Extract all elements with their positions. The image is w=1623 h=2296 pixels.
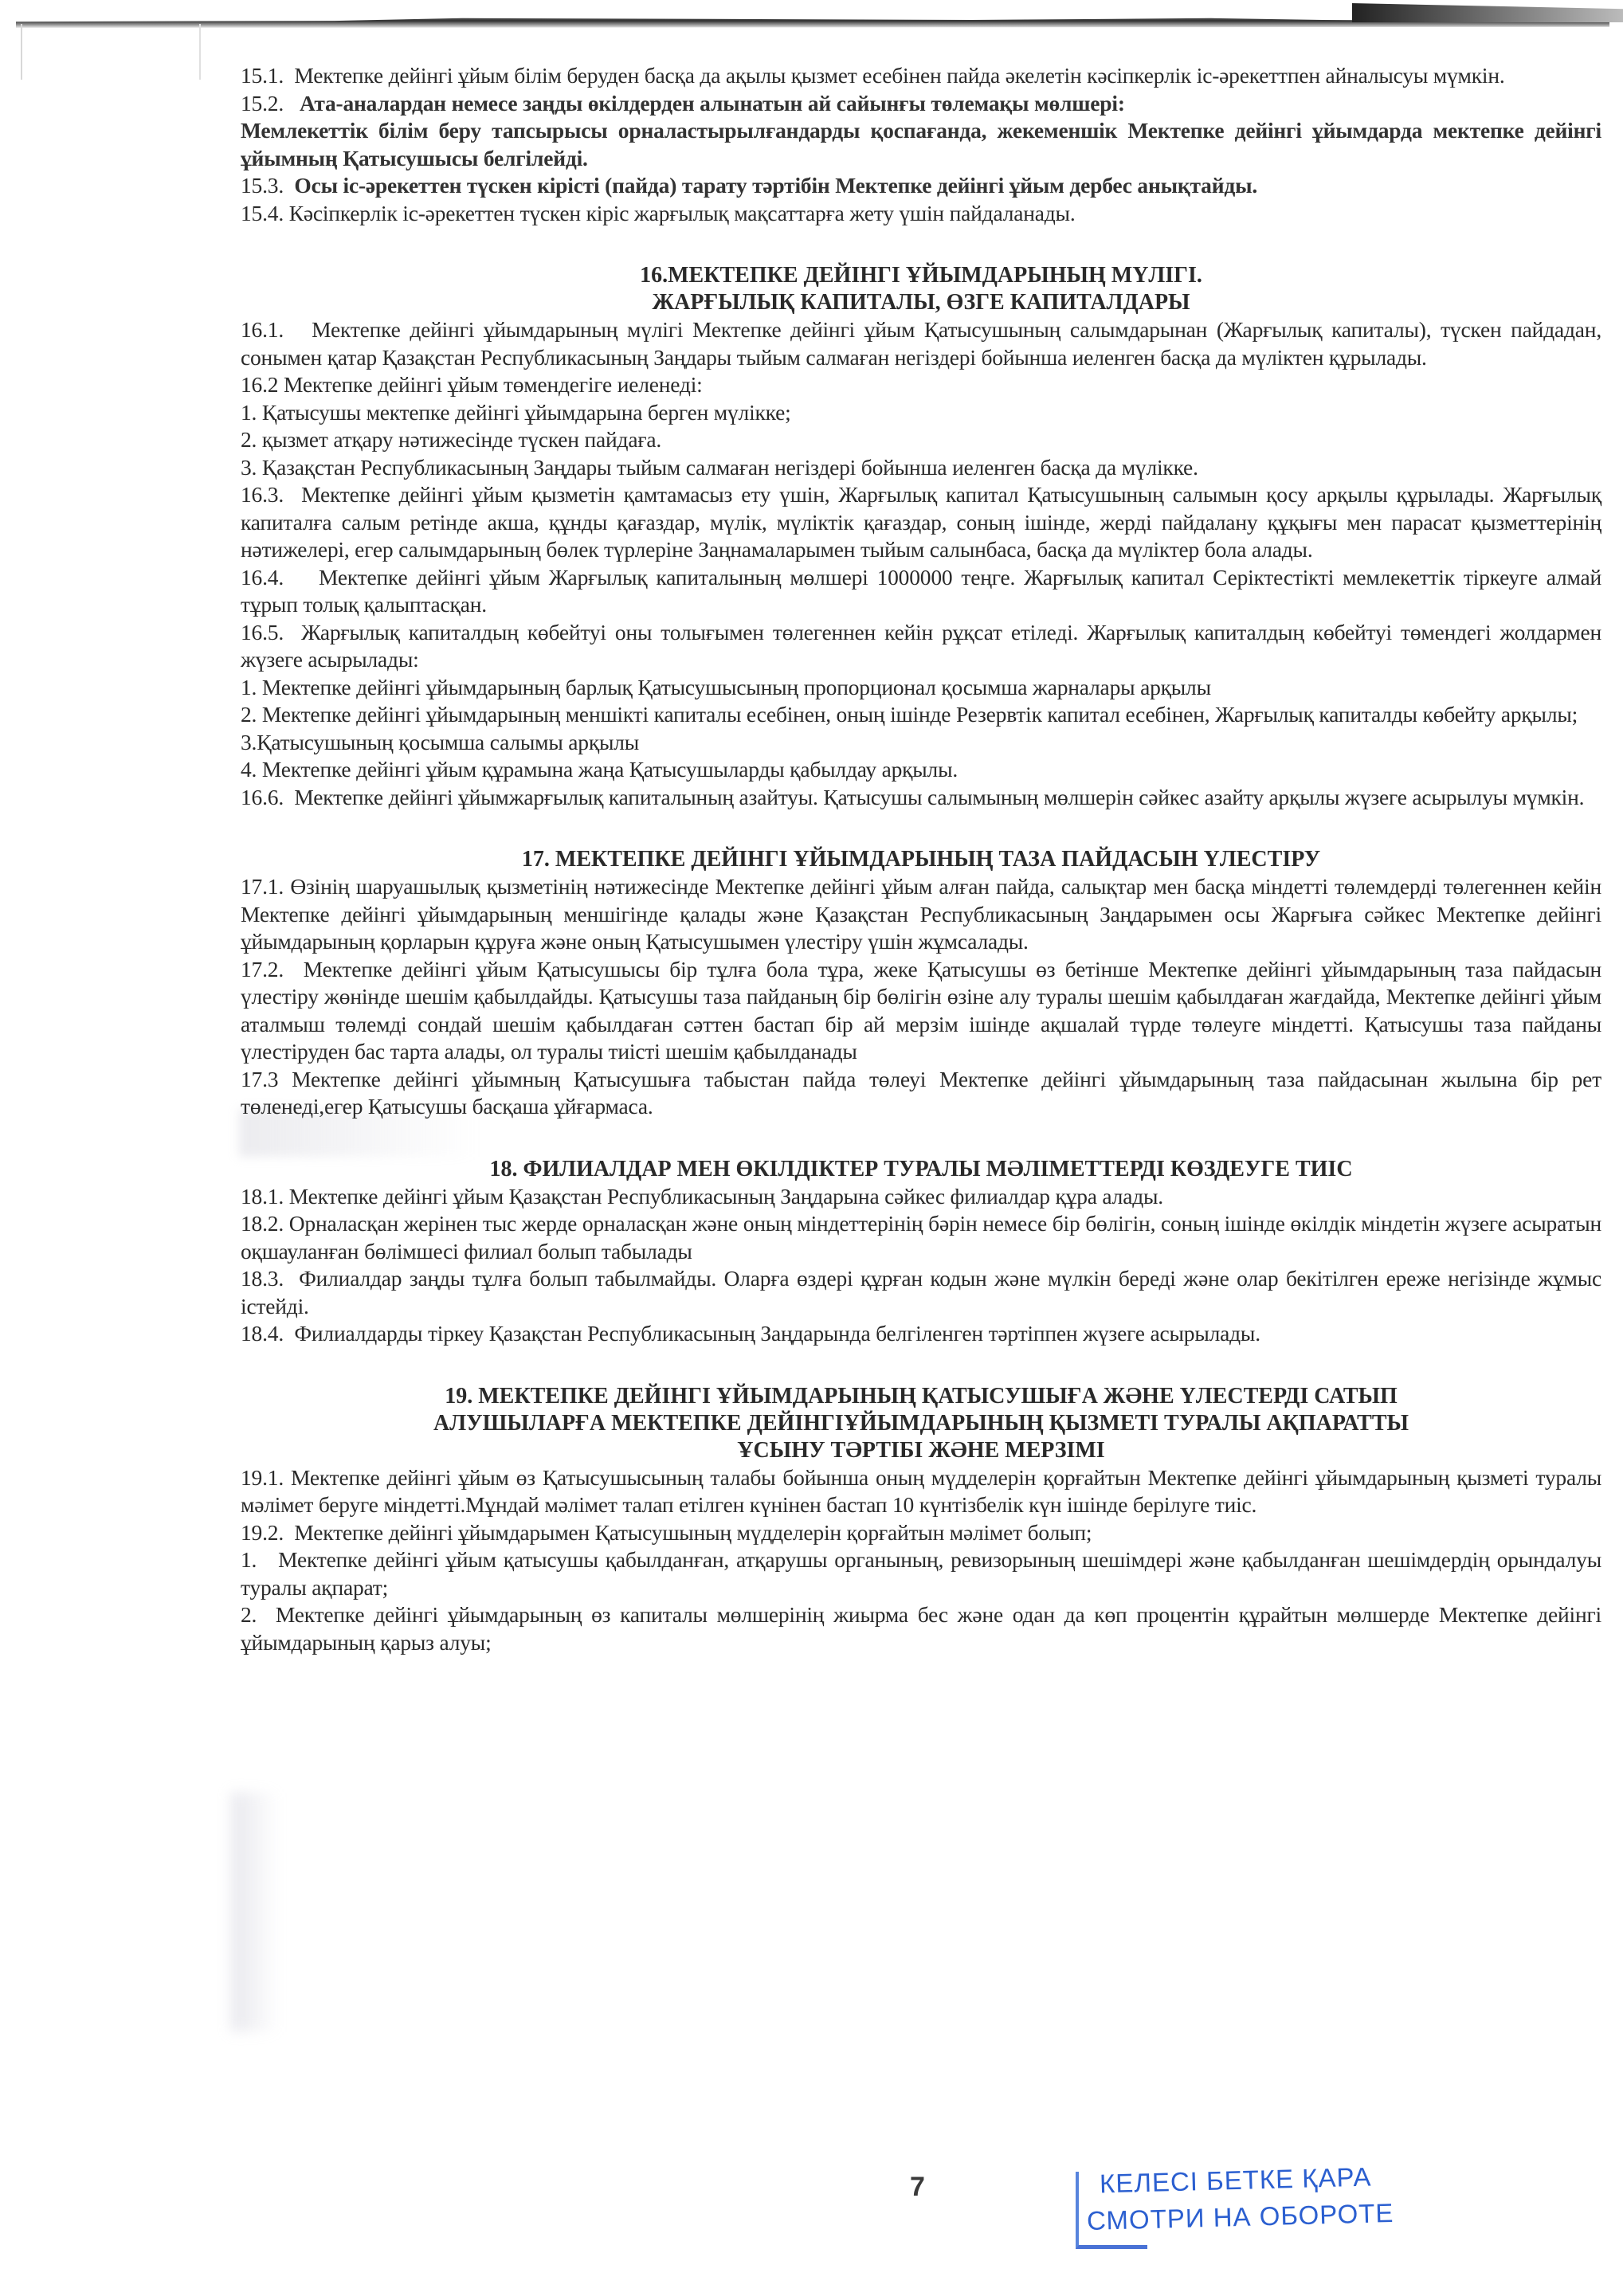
clause-number: 16.2	[241, 372, 278, 397]
clause-number: 16.1.	[241, 317, 284, 342]
clause-17-3: 17.3 Мектепке дейінгі ұйымның Қатысушыға…	[241, 1066, 1601, 1121]
scan-line-artifact	[21, 24, 22, 80]
clause-text: Мектепке дейінгі ұйым Қазақстан Республи…	[289, 1184, 1163, 1209]
section-heading: 19. МЕКТЕПКЕ ДЕЙІНГІ ҰЙЫМДАРЫНЫҢ ҚАТЫСУШ…	[241, 1383, 1601, 1410]
clause-text: Мектепке дейінгі ұйым өз Қатысушысының т…	[241, 1465, 1601, 1518]
list-item: 4. Мектепке дейінгі ұйым құрамына жаңа Қ…	[241, 756, 1601, 784]
clause-text: Ата-аналардан немесе заңды өкілдерден ал…	[300, 91, 1125, 116]
clause-number: 17.3	[241, 1067, 278, 1091]
clause-number: 15.1.	[241, 63, 284, 88]
clause-text: Кәсіпкерлік іс-әрекеттен түскен кіріс жа…	[289, 201, 1076, 225]
section-heading: 18. ФИЛИАЛДАР МЕН ӨКІЛДІКТЕР ТУРАЛЫ МӘЛІ…	[241, 1156, 1601, 1183]
clause-text: Мектепке дейінгі ұйым Қатысушысы бір тұл…	[241, 957, 1601, 1064]
section-heading: 17. МЕКТЕПКЕ ДЕЙІНГІ ҰЙЫМДАРЫНЫҢ ТАЗА ПА…	[241, 846, 1601, 873]
clause-text: Филиалдарды тіркеу Қазақстан Республикас…	[294, 1321, 1260, 1346]
clause-19-1: 19.1. Мектепке дейінгі ұйым өз Қатысушыс…	[241, 1464, 1601, 1519]
clause-15-4: 15.4. Кәсіпкерлік іс-әрекеттен түскен кі…	[241, 200, 1601, 228]
list-number: 2.	[241, 1602, 257, 1627]
list-number: 3.	[241, 455, 257, 480]
clause-text: Өзінің шаруашылық қызметінің нәтижесінде…	[241, 874, 1601, 954]
clause-number: 19.2.	[241, 1520, 284, 1545]
clause-number: 15.2.	[241, 91, 284, 116]
clause-16-3: 16.3. Мектепке дейінгі ұйым қызметін қам…	[241, 481, 1601, 564]
page-number: 7	[910, 2172, 925, 2203]
clause-text: Орналасқан жерінен тыс жерде орналасқан …	[241, 1211, 1601, 1264]
clause-text: Мектепке дейінгі ұйым төмендегіге иелене…	[284, 372, 703, 397]
section-heading: 16.МЕКТЕПКЕ ДЕЙІНГІ ҰЙЫМДАРЫНЫҢ МҮЛІГІ.	[241, 262, 1601, 289]
clause-16-4: 16.4. Мектепке дейінгі ұйым Жарғылық кап…	[241, 564, 1601, 619]
list-number: 1.	[241, 1547, 257, 1572]
clause-text: Мемлекеттік білім беру тапсырысы орналас…	[241, 118, 1601, 170]
clause-text: Осы іс-әрекеттен түскен кірісті (пайда) …	[294, 173, 1257, 198]
clause-text: Мектепке дейінгі ұйымдарының мүлігі Мект…	[241, 317, 1601, 370]
list-text: Мектепке дейінгі ұйымдарының меншікті ка…	[262, 702, 1578, 727]
list-text: Мектепке дейінгі ұйым қатысушы қабылданғ…	[241, 1547, 1601, 1600]
list-number: 1.	[241, 400, 257, 425]
section-heading: ЖАРҒЫЛЫҚ КАПИТАЛЫ, ӨЗГЕ КАПИТАЛДАРЫ	[241, 289, 1601, 316]
clause-18-2: 18.2. Орналасқан жерінен тыс жерде орнал…	[241, 1210, 1601, 1265]
clause-text: Филиалдар заңды тұлға болып табылмайды. …	[241, 1266, 1601, 1318]
clause-number: 17.2.	[241, 957, 284, 981]
list-item: 1. Қатысушы мектепке дейінгі ұйымдарына …	[241, 399, 1601, 427]
clause-number: 16.4.	[241, 565, 284, 590]
clause-text: Жарғылық капиталдың көбейтуі оны толығым…	[241, 620, 1601, 672]
clause-18-4: 18.4. Филиалдарды тіркеу Қазақстан Респу…	[241, 1320, 1601, 1348]
clause-text: Мектепке дейінгі ұйымжарғылық капиталыны…	[294, 785, 1584, 809]
list-item: 2. Мектепке дейінгі ұйымдарының меншікті…	[241, 701, 1601, 729]
section-19: 19. МЕКТЕПКЕ ДЕЙІНГІ ҰЙЫМДАРЫНЫҢ ҚАТЫСУШ…	[241, 1383, 1601, 1657]
clause-15-1: 15.1. Мектепке дейінгі ұйым білім беруде…	[241, 62, 1601, 90]
list-number: 4.	[241, 757, 257, 782]
clause-16-5: 16.5. Жарғылық капиталдың көбейтуі оны т…	[241, 619, 1601, 674]
list-item: 3. Қазақстан Республикасының Заңдары тый…	[241, 454, 1601, 482]
list-item: 2. Мектепке дейінгі ұйымдарының өз капит…	[241, 1601, 1601, 1656]
list-number: 2.	[241, 427, 257, 452]
list-text: Мектепке дейінгі ұйым құрамына жаңа Қаты…	[262, 757, 958, 782]
clause-16-6: 16.6. Мектепке дейінгі ұйымжарғылық капи…	[241, 784, 1601, 812]
section-18: 18. ФИЛИАЛДАР МЕН ӨКІЛДІКТЕР ТУРАЛЫ МӘЛІ…	[241, 1156, 1601, 1348]
clause-17-1: 17.1. Өзінің шаруашылық қызметінің нәтиж…	[241, 873, 1601, 956]
clause-number: 17.1.	[241, 874, 284, 899]
section-16: 16.МЕКТЕПКЕ ДЕЙІНГІ ҰЙЫМДАРЫНЫҢ МҮЛІГІ. …	[241, 262, 1601, 811]
list-text: Қазақстан Республикасының Заңдары тыйым …	[262, 455, 1198, 480]
continue-overleaf-stamp: КЕЛЕСІ БЕТКЕ ҚАРА СМОТРИ НА ОБОРОТЕ	[1076, 2165, 1410, 2251]
clause-number: 15.4.	[241, 201, 284, 225]
clause-number: 16.3.	[241, 482, 284, 507]
section-15: 15.1. Мектепке дейінгі ұйым білім беруде…	[241, 62, 1601, 227]
clause-18-1: 18.1. Мектепке дейінгі ұйым Қазақстан Ре…	[241, 1183, 1601, 1211]
clause-number: 18.3.	[241, 1266, 284, 1291]
clause-number: 15.3.	[241, 173, 284, 198]
list-number: 1.	[241, 675, 257, 699]
list-number: 3.	[241, 730, 257, 754]
clause-number: 18.1.	[241, 1184, 284, 1209]
stamp-text-kazakh: КЕЛЕСІ БЕТКЕ ҚАРА	[1100, 2162, 1372, 2200]
clause-18-3: 18.3. Филиалдар заңды тұлға болып табылм…	[241, 1265, 1601, 1320]
clause-16-2: 16.2 Мектепке дейінгі ұйым төмендегіге и…	[241, 371, 1601, 399]
list-item: 1. Мектепке дейінгі ұйым қатысушы қабылд…	[241, 1546, 1601, 1601]
section-17: 17. МЕКТЕПКЕ ДЕЙІНГІ ҰЙЫМДАРЫНЫҢ ТАЗА ПА…	[241, 846, 1601, 1121]
list-text: қызмет атқару нәтижесінде түскен пайдаға…	[262, 427, 661, 452]
clause-19-2: 19.2. Мектепке дейінгі ұйымдарымен Қатыс…	[241, 1519, 1601, 1547]
clause-text: Мектепке дейінгі ұйым білім беруден басқ…	[294, 63, 1504, 88]
clause-text: Мектепке дейінгі ұйымдарымен Қатысушының…	[294, 1520, 1092, 1545]
document-page: 15.1. Мектепке дейінгі ұйым білім беруде…	[241, 62, 1601, 1656]
clause-15-3: 15.3. Осы іс-әрекеттен түскен кірісті (п…	[241, 172, 1601, 200]
clause-17-2: 17.2. Мектепке дейінгі ұйым Қатысушысы б…	[241, 956, 1601, 1066]
clause-16-1: 16.1. Мектепке дейінгі ұйымдарының мүліг…	[241, 316, 1601, 371]
scan-corner-artifact	[1352, 3, 1623, 22]
bleed-through-artifact	[231, 1793, 279, 2032]
clause-number: 19.1.	[241, 1465, 284, 1490]
clause-15-2: 15.2. Ата-аналардан немесе заңды өкілдер…	[241, 90, 1601, 118]
clause-15-2-body: Мемлекеттік білім беру тапсырысы орналас…	[241, 117, 1601, 172]
list-text: Мектепке дейінгі ұйымдарының барлық Қаты…	[262, 675, 1211, 699]
list-text: Қатысушының қосымша салымы арқылы	[257, 730, 639, 754]
clause-text: Мектепке дейінгі ұйымның Қатысушыға табы…	[241, 1067, 1601, 1119]
section-heading: АЛУШЫЛАРҒА МЕКТЕПКЕ ДЕЙІНГІҰЙЫМДАРЫНЫҢ Қ…	[241, 1410, 1601, 1437]
list-number: 2.	[241, 702, 257, 727]
clause-text: Мектепке дейінгі ұйым Жарғылық капиталын…	[241, 565, 1601, 617]
clause-number: 18.2.	[241, 1211, 284, 1236]
list-item: 3.Қатысушының қосымша салымы арқылы	[241, 729, 1601, 757]
list-item: 1. Мектепке дейінгі ұйымдарының барлық Қ…	[241, 674, 1601, 702]
clause-number: 18.4.	[241, 1321, 284, 1346]
clause-text: Мектепке дейінгі ұйым қызметін қамтамасы…	[241, 482, 1601, 562]
list-text: Қатысушы мектепке дейінгі ұйымдарына бер…	[262, 400, 791, 425]
section-heading: ҰСЫНУ ТӘРТІБІ ЖӘНЕ МЕРЗІМІ	[241, 1437, 1601, 1464]
list-item: 2. қызмет атқару нәтижесінде түскен пайд…	[241, 426, 1601, 454]
clause-number: 16.5.	[241, 620, 284, 645]
list-text: Мектепке дейінгі ұйымдарының өз капиталы…	[241, 1602, 1601, 1655]
scan-line-artifact	[199, 24, 201, 80]
clause-number: 16.6.	[241, 785, 284, 809]
